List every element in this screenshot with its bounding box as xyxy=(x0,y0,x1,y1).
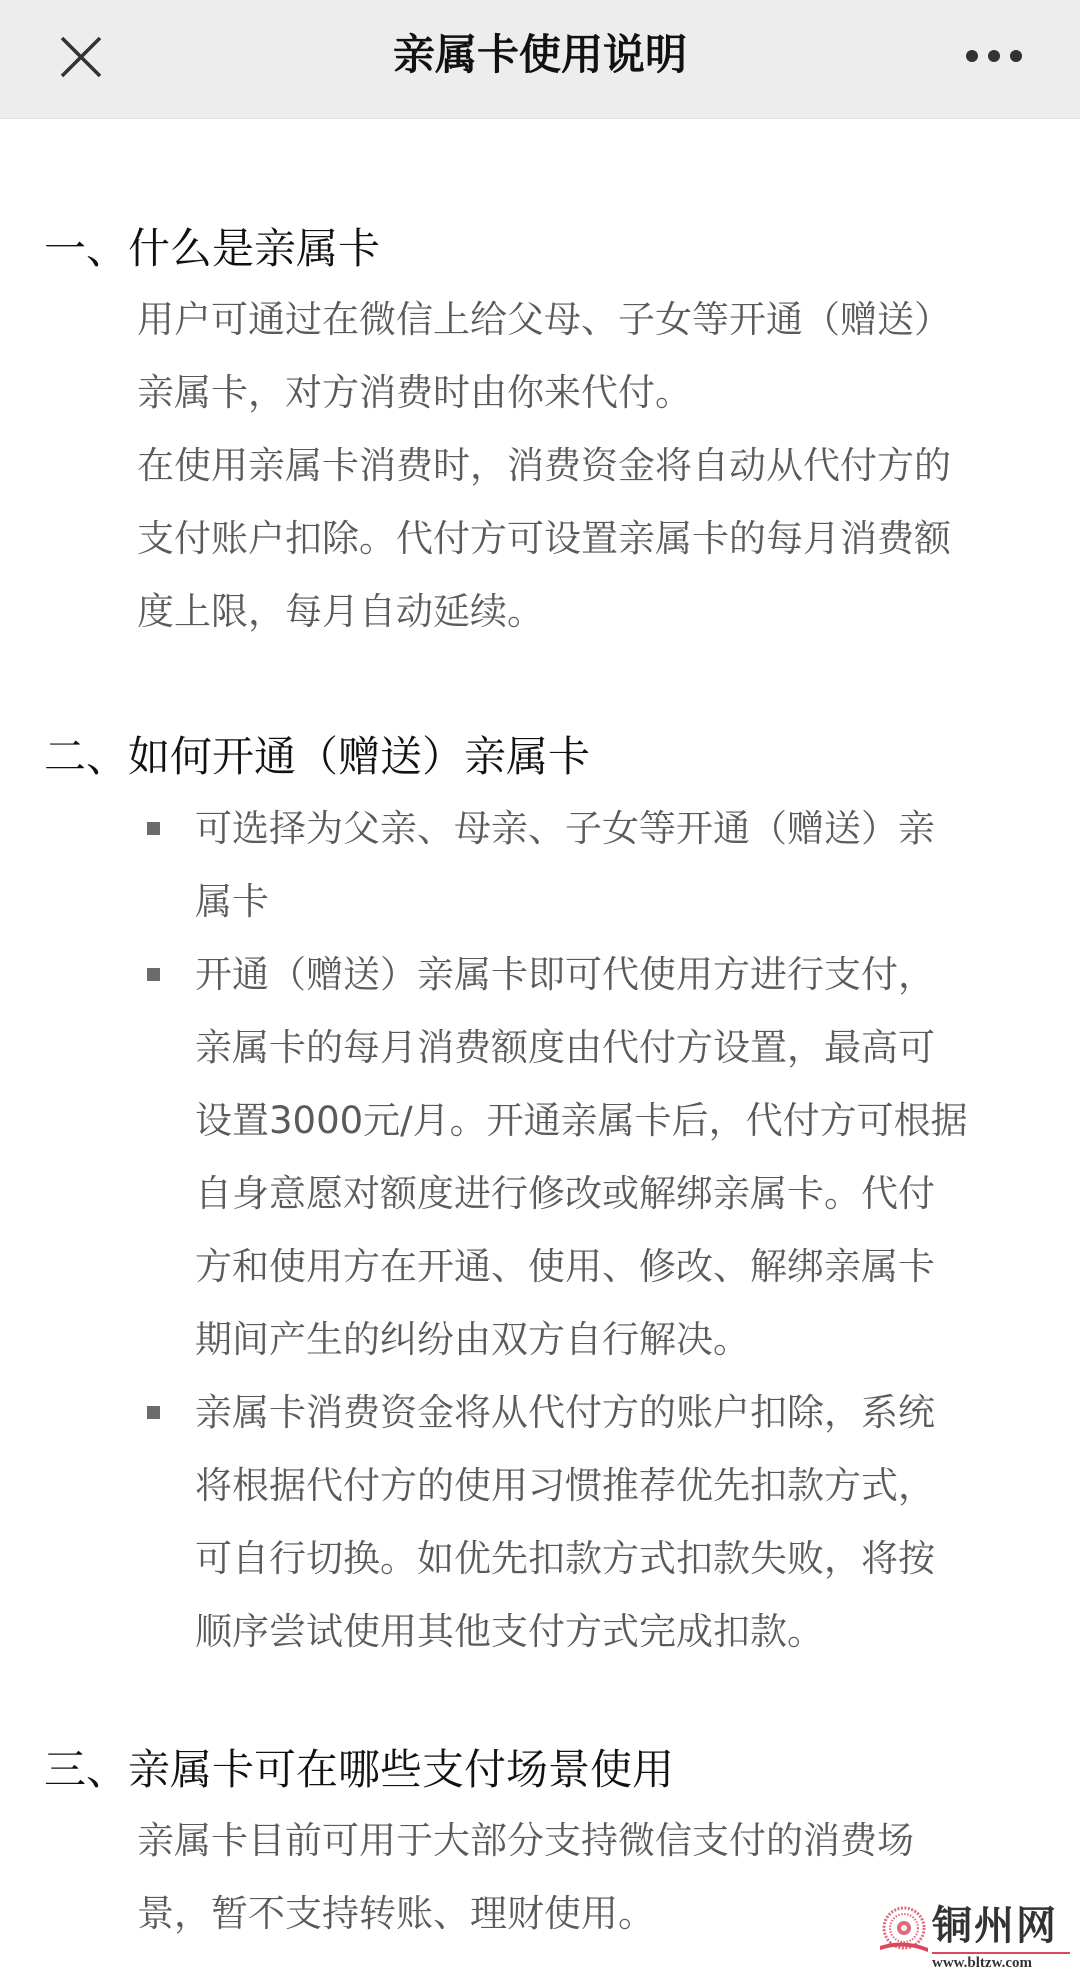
paragraph-line: 支付账户扣除。代付方可设置亲属卡的每月消费额 xyxy=(137,502,1037,575)
bullet-line: 开通（赠送）亲属卡即可代使用方进行支付， xyxy=(195,938,968,1011)
bullet-square-icon xyxy=(147,1406,160,1419)
bullet-line: 方和使用方在开通、使用、修改、解绑亲属卡 xyxy=(195,1230,968,1303)
watermark: 铜州网 www.bltzw.com xyxy=(880,1900,1075,1975)
bullet-line: 亲属卡消费资金将从代付方的账户扣除，系统 xyxy=(195,1376,935,1449)
paragraph-line: 亲属卡，对方消费时由你来代付。 xyxy=(137,356,1037,429)
section-heading-3: 三、亲属卡可在哪些支付场景使用 xyxy=(44,1740,674,1800)
dot xyxy=(966,50,978,62)
section-1-paragraph: 用户可通过在微信上给父母、子女等开通（赠送） 亲属卡，对方消费时由你来代付。 在… xyxy=(137,283,1037,648)
dot xyxy=(988,50,1000,62)
paragraph-line: 在使用亲属卡消费时，消费资金将自动从代付方的 xyxy=(137,429,1037,502)
bullet-line: 期间产生的纠纷由双方自行解决。 xyxy=(195,1303,968,1376)
top-nav-bar: 亲属卡使用说明 xyxy=(0,0,1080,119)
bullet-line: 可自行切换。如优先扣款方式扣款失败，将按 xyxy=(195,1522,935,1595)
bullet-line: 自身意愿对额度进行修改或解绑亲属卡。代付 xyxy=(195,1157,968,1230)
paragraph-line: 度上限，每月自动延续。 xyxy=(137,575,1037,648)
bullet-text: 可选择为父亲、母亲、子女等开通（赠送）亲 属卡 xyxy=(195,792,935,938)
section-heading-1: 一、什么是亲属卡 xyxy=(44,219,380,279)
watermark-url: www.bltzw.com xyxy=(932,1954,1032,1972)
bullet-square-icon xyxy=(147,822,160,835)
more-icon[interactable] xyxy=(966,44,1022,68)
dot xyxy=(1010,50,1022,62)
bullet-line: 属卡 xyxy=(195,865,935,938)
bullet-text: 开通（赠送）亲属卡即可代使用方进行支付， 亲属卡的每月消费额度由代付方设置，最高… xyxy=(195,938,968,1376)
section-heading-2: 二、如何开通（赠送）亲属卡 xyxy=(44,727,590,787)
page-title: 亲属卡使用说明 xyxy=(0,26,1080,84)
bullet-line: 亲属卡的每月消费额度由代付方设置，最高可 xyxy=(195,1011,968,1084)
bullet-text: 亲属卡消费资金将从代付方的账户扣除，系统 将根据代付方的使用习惯推荐优先扣款方式… xyxy=(195,1376,935,1668)
watermark-logo-icon xyxy=(880,1906,928,1954)
paragraph-line: 用户可通过在微信上给父母、子女等开通（赠送） xyxy=(137,283,1037,356)
bullet-line: 可选择为父亲、母亲、子女等开通（赠送）亲 xyxy=(195,792,935,865)
bullet-line: 设置3000元/月。开通亲属卡后，代付方可根据 xyxy=(195,1084,968,1157)
watermark-brand: 铜州网 xyxy=(932,1900,1058,1952)
bullet-line: 将根据代付方的使用习惯推荐优先扣款方式， xyxy=(195,1449,935,1522)
bullet-square-icon xyxy=(147,968,160,981)
paragraph-line: 亲属卡目前可用于大部分支持微信支付的消费场 xyxy=(137,1804,1037,1877)
bullet-line: 顺序尝试使用其他支付方式完成扣款。 xyxy=(195,1595,935,1668)
